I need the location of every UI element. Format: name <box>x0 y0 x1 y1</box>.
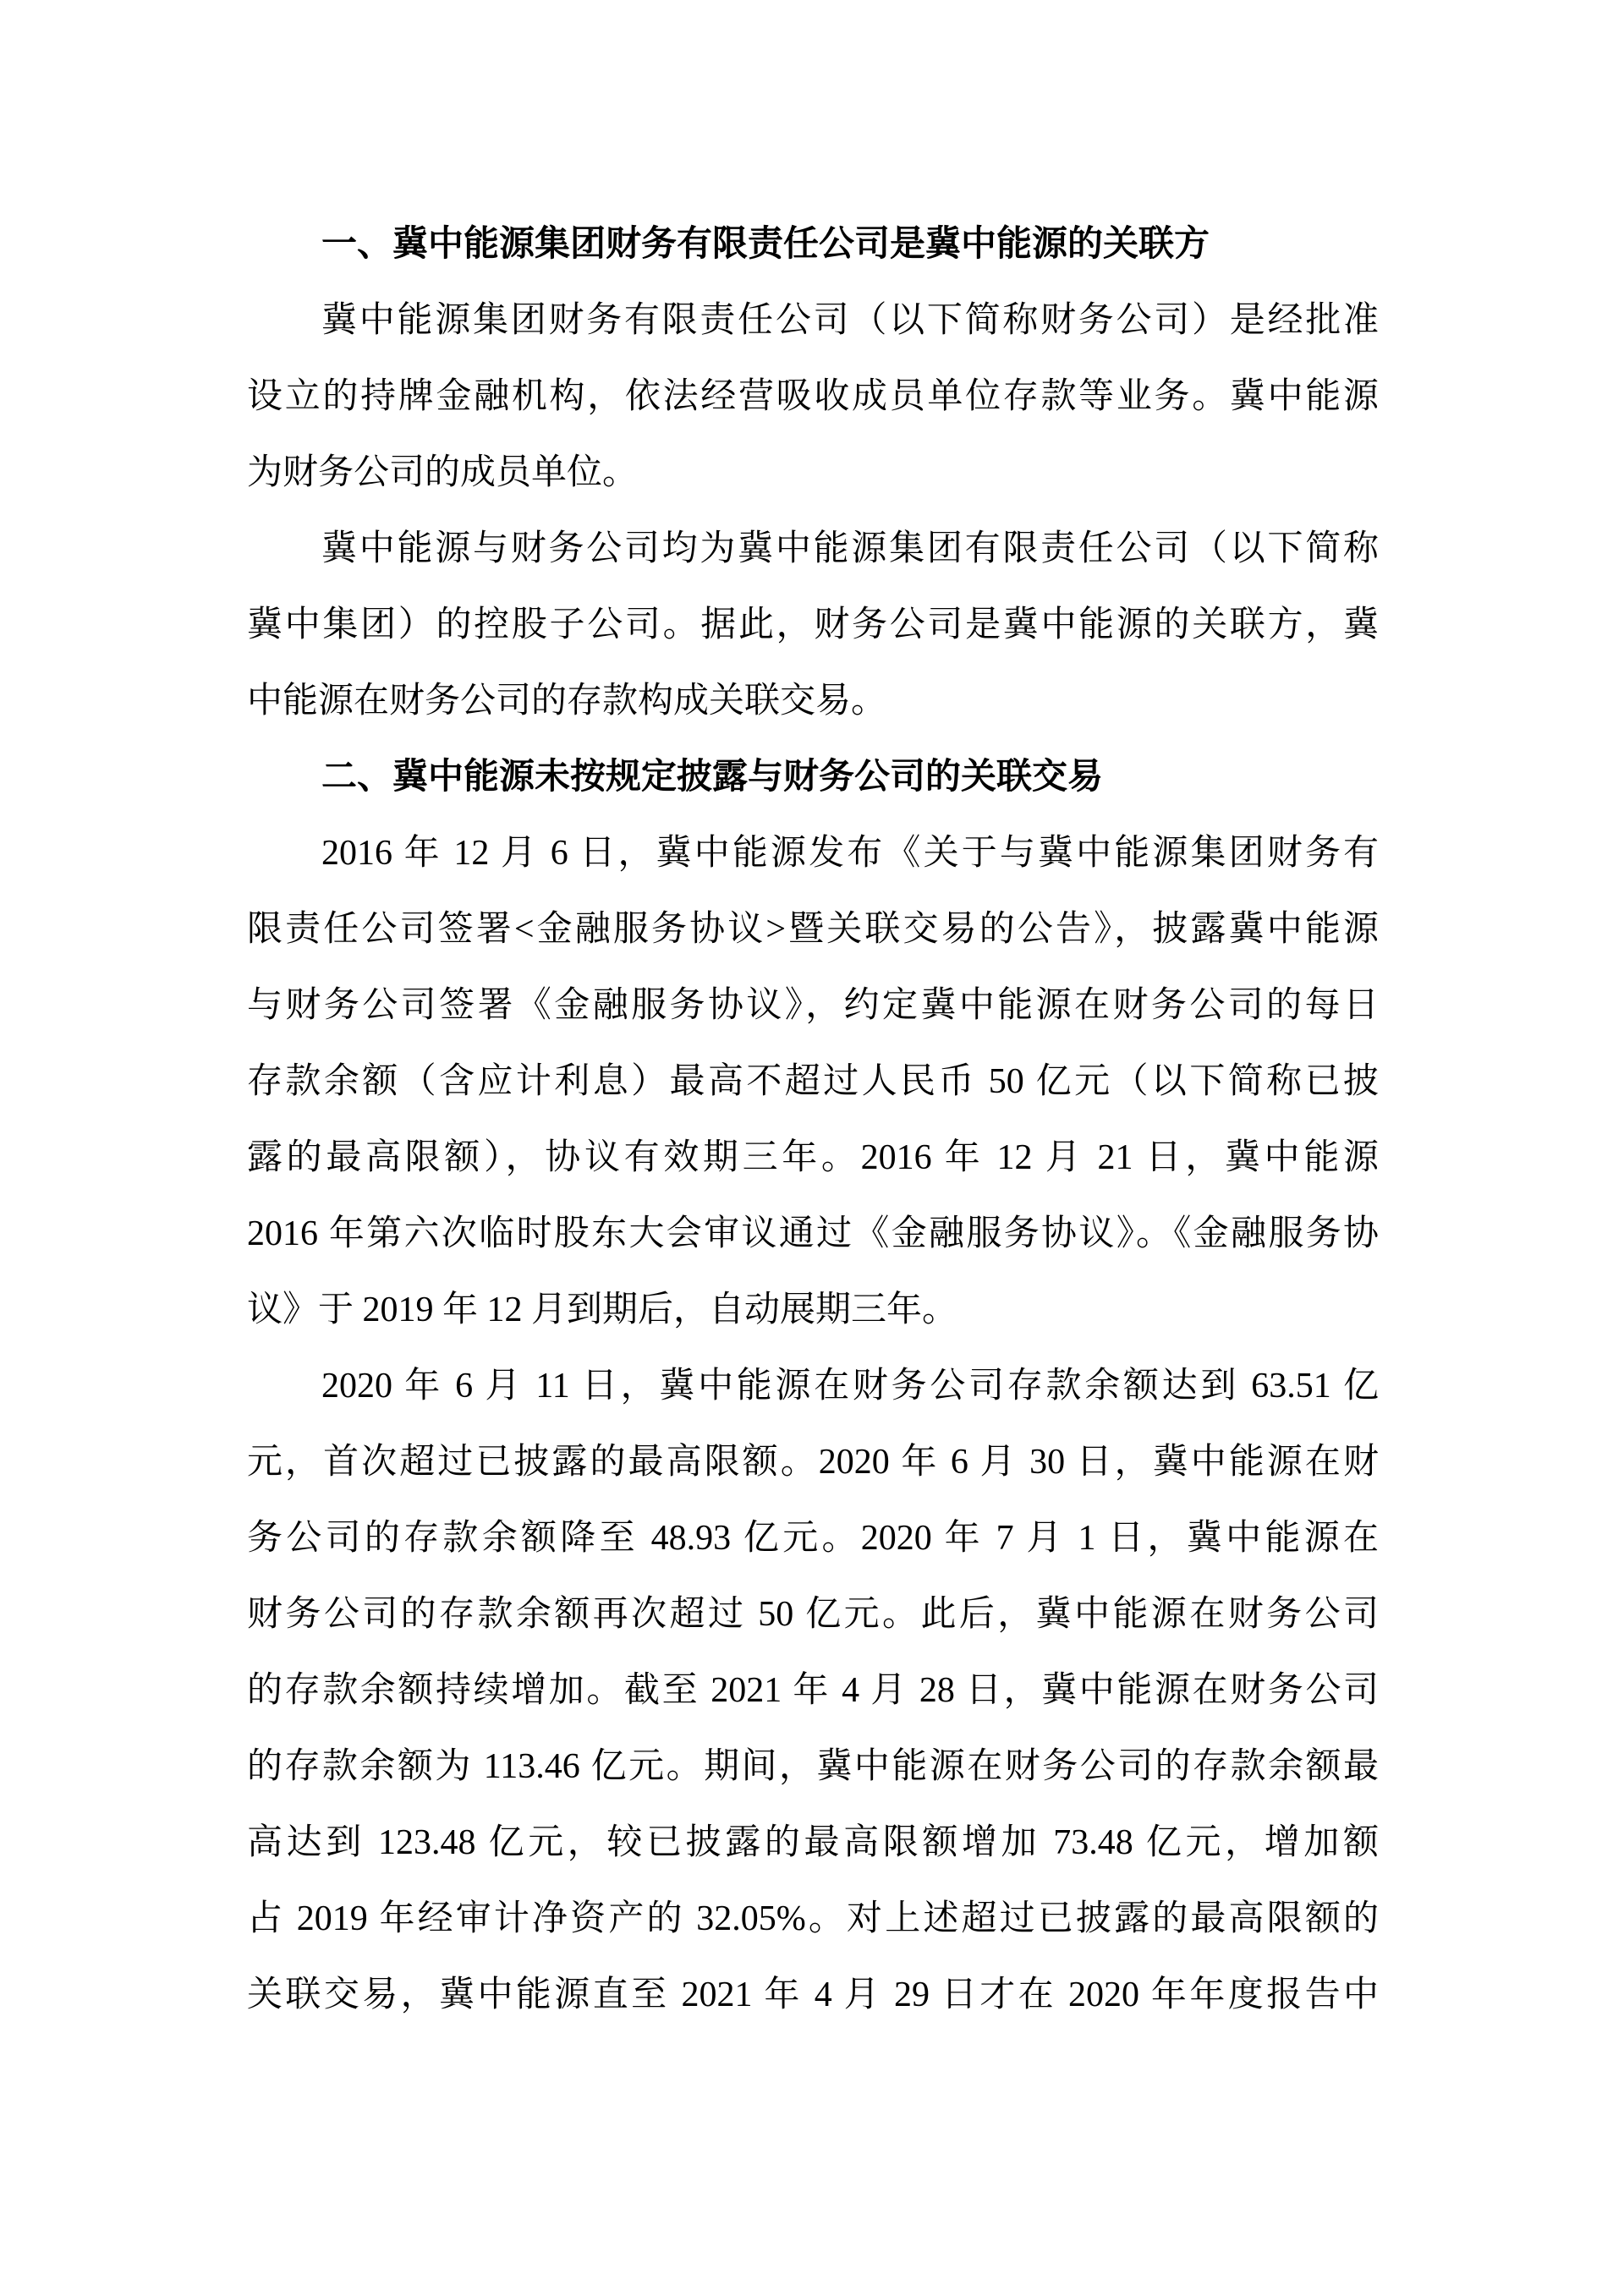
section-heading: 一、冀中能源集团财务有限责任公司是冀中能源的关联方 <box>247 206 1379 282</box>
text-line: 关联交易，冀中能源直至 2021 年 4 月 29 日才在 2020 年年度报告… <box>247 1957 1379 2033</box>
text-line: 冀中集团）的控股子公司。据此，财务公司是冀中能源的关联方，冀 <box>247 587 1379 663</box>
text-line: 的存款余额为 113.46 亿元。期间，冀中能源在财务公司的存款余额最 <box>247 1729 1379 1805</box>
text-line: 限责任公司签署<金融服务协议>暨关联交易的公告》，披露冀中能源 <box>247 891 1379 967</box>
text-line: 中能源在财务公司的存款构成关联交易。 <box>247 663 1379 739</box>
text-line: 露的最高限额），协议有效期三年。2016 年 12 月 21 日，冀中能源 <box>247 1120 1379 1196</box>
text-line: 的存款余额持续增加。截至 2021 年 4 月 28 日，冀中能源在财务公司 <box>247 1652 1379 1729</box>
text-line: 与财务公司签署《金融服务协议》，约定冀中能源在财务公司的每日 <box>247 967 1379 1044</box>
text-line: 元，首次超过已披露的最高限额。2020 年 6 月 30 日，冀中能源在财 <box>247 1424 1379 1500</box>
text-line: 冀中能源与财务公司均为冀中能源集团有限责任公司（以下简称 <box>247 511 1379 587</box>
text-line: 存款余额（含应计利息）最高不超过人民币 50 亿元（以下简称已披 <box>247 1044 1379 1120</box>
document-page: 一、冀中能源集团财务有限责任公司是冀中能源的关联方冀中能源集团财务有限责任公司（… <box>0 0 1624 2296</box>
text-line: 为财务公司的成员单位。 <box>247 435 1379 511</box>
text-line: 议》于 2019 年 12 月到期后，自动展期三年。 <box>247 1272 1379 1348</box>
document-body: 一、冀中能源集团财务有限责任公司是冀中能源的关联方冀中能源集团财务有限责任公司（… <box>247 206 1379 2033</box>
text-line: 2016 年第六次临时股东大会审议通过《金融服务协议》。《金融服务协 <box>247 1196 1379 1272</box>
section-heading: 二、冀中能源未按规定披露与财务公司的关联交易 <box>247 739 1379 815</box>
text-line: 2020 年 6 月 11 日，冀中能源在财务公司存款余额达到 63.51 亿 <box>247 1348 1379 1424</box>
text-line: 高达到 123.48 亿元，较已披露的最高限额增加 73.48 亿元，增加额 <box>247 1805 1379 1881</box>
text-line: 冀中能源集团财务有限责任公司（以下简称财务公司）是经批准 <box>247 282 1379 359</box>
text-line: 财务公司的存款余额再次超过 50 亿元。此后，冀中能源在财务公司 <box>247 1576 1379 1652</box>
text-line: 设立的持牌金融机构，依法经营吸收成员单位存款等业务。冀中能源 <box>247 359 1379 435</box>
text-line: 务公司的存款余额降至 48.93 亿元。2020 年 7 月 1 日，冀中能源在 <box>247 1500 1379 1576</box>
text-line: 2016 年 12 月 6 日，冀中能源发布《关于与冀中能源集团财务有 <box>247 815 1379 891</box>
text-line: 占 2019 年经审计净资产的 32.05%。对上述超过已披露的最高限额的 <box>247 1881 1379 1957</box>
